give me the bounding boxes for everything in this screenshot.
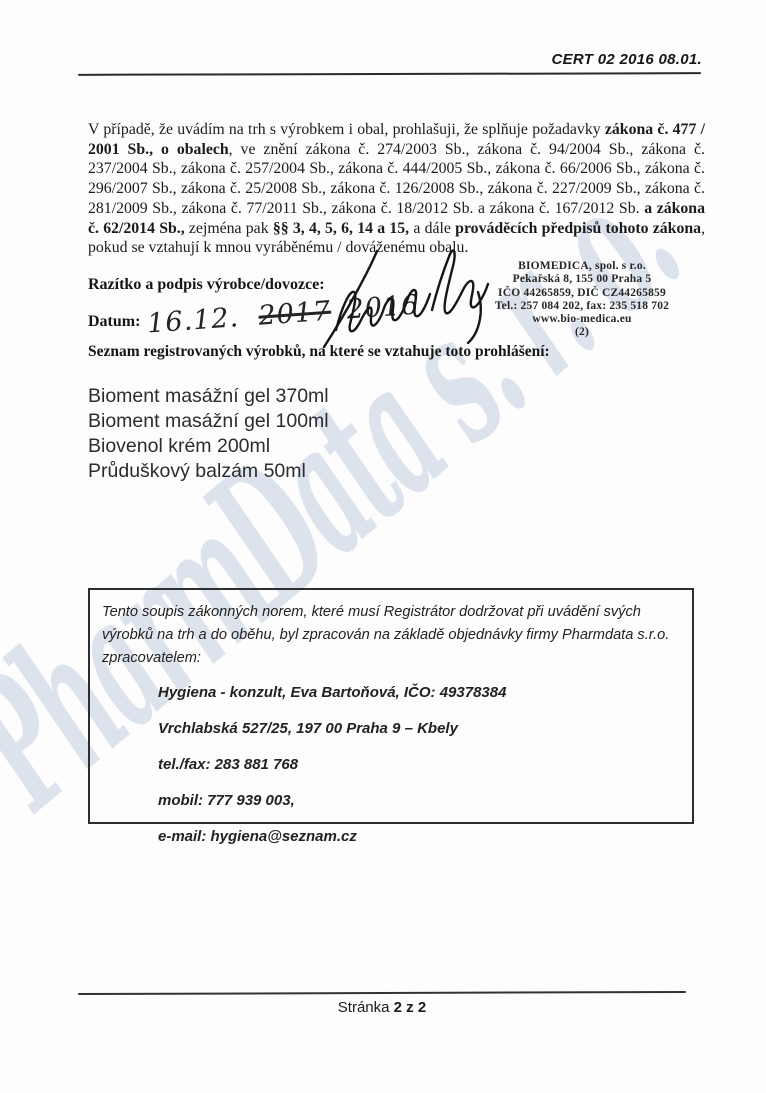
document-page: PharmData s. r. o. CERT 02 2016 08.01. V… <box>0 0 766 1093</box>
processor-info-box: Tento soupis zákonných norem, které musí… <box>88 588 694 824</box>
product-item: Průduškový balzám 50ml <box>88 459 329 484</box>
footer-divider <box>78 991 686 995</box>
contact-line: mobil: 777 939 003, <box>158 792 692 809</box>
stamp-line: IČO 44265859, DIČ CZ44265859 <box>456 287 708 300</box>
document-code: CERT 02 2016 08.01. <box>551 51 702 68</box>
legal-declaration-paragraph: V případě, že uvádím na trh s výrobkem i… <box>88 120 705 258</box>
stamp-line: Pekařská 8, 155 00 Praha 5 <box>456 273 708 286</box>
page-number-label: Stránka <box>338 999 394 1016</box>
stamp-line: BIOMEDICA, spol. s r.o. <box>456 260 708 273</box>
paragraph-segment: zejména pak <box>185 220 273 237</box>
stamp-line: Tel.: 257 084 202, fax: 235 518 702 <box>456 300 708 313</box>
registered-products-list: Bioment masážní gel 370mlBioment masážní… <box>88 384 329 484</box>
date-day-month: 16.12. <box>146 302 240 339</box>
product-item: Bioment masážní gel 370ml <box>88 384 329 409</box>
product-item: Bioment masážní gel 100ml <box>88 409 329 434</box>
header-divider <box>78 72 701 76</box>
paragraph-segment: prováděcích předpisů tohoto zákona <box>455 220 701 237</box>
contact-line: Hygiena - konzult, Eva Bartoňová, IČO: 4… <box>158 684 692 701</box>
paragraph-segment: a dále <box>409 220 455 237</box>
company-stamp: BIOMEDICA, spol. s r.o.Pekařská 8, 155 0… <box>456 260 708 340</box>
product-item: Biovenol krém 200ml <box>88 434 329 459</box>
processor-intro-text: Tento soupis zákonných norem, které musí… <box>102 601 678 670</box>
date-label: Datum: <box>88 313 140 331</box>
registered-products-heading: Seznam registrovaných výrobků, na které … <box>88 343 550 361</box>
contact-line: e-mail: hygiena@seznam.cz <box>158 828 692 845</box>
contact-line: Vrchlabská 527/25, 197 00 Praha 9 – Kbel… <box>158 720 692 737</box>
page-number-value: 2 z 2 <box>394 999 427 1016</box>
stamp-signature-label: Razítko a podpis výrobce/dovozce: <box>88 276 325 294</box>
stamp-line: (2) <box>456 326 708 339</box>
stamp-line: www.bio-medica.eu <box>456 313 708 326</box>
paragraph-segment: §§ 3, 4, 5, 6, 14 a 15, <box>273 220 409 237</box>
processor-contact-block: Hygiena - konzult, Eva Bartoňová, IČO: 4… <box>158 684 692 845</box>
contact-line: tel./fax: 283 881 768 <box>158 756 692 773</box>
page-number: Stránka 2 z 2 <box>78 999 686 1016</box>
paragraph-segment: V případě, že uvádím na trh s výrobkem i… <box>88 121 605 138</box>
